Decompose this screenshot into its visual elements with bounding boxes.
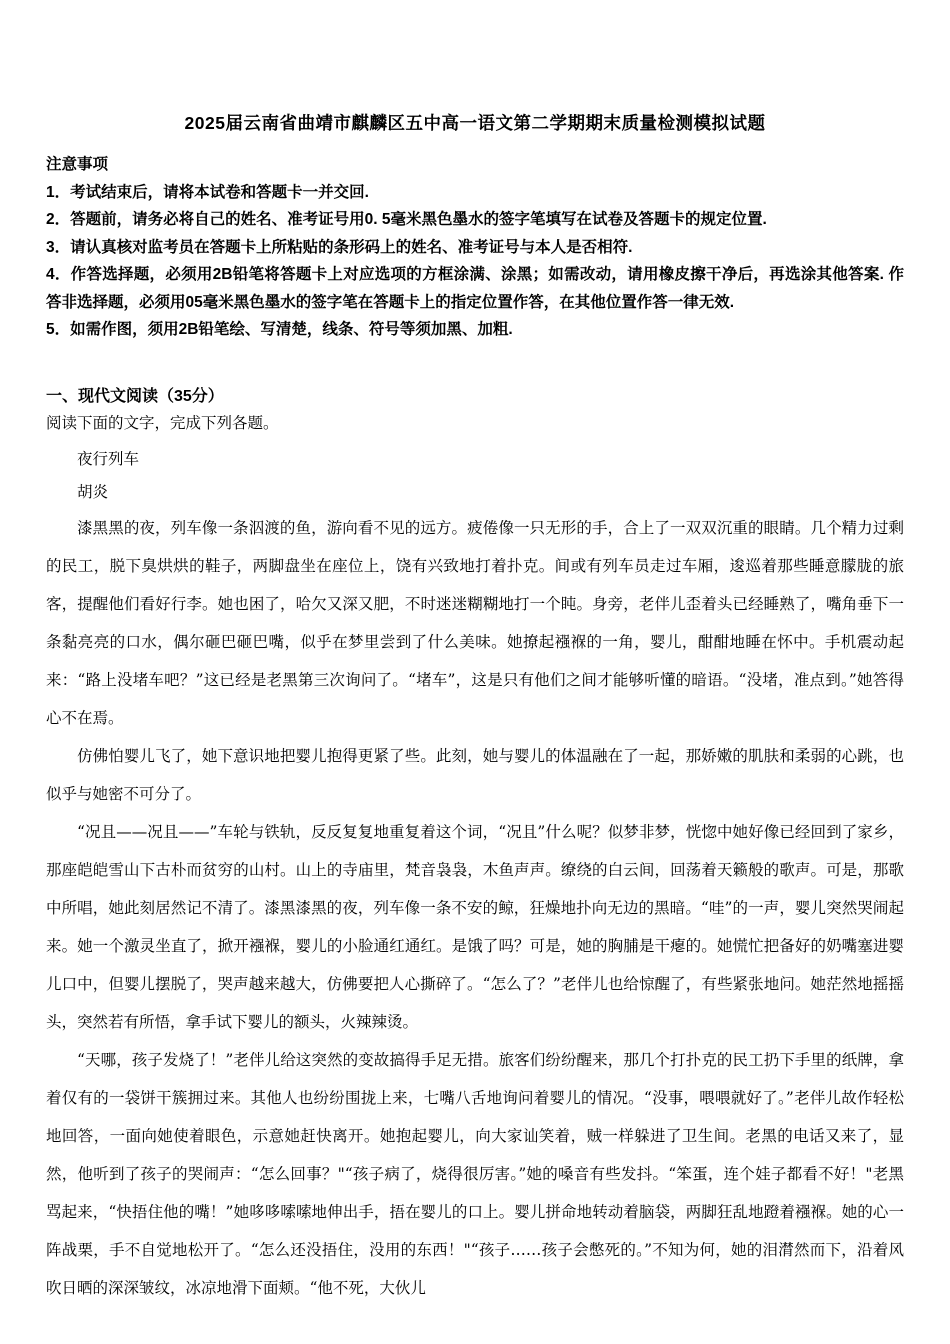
page-title: 2025届云南省曲靖市麒麟区五中高一语文第二学期期末质量检测模拟试题 — [46, 110, 904, 135]
notice-item: 5．如需作图，须用2B铅笔绘、写清楚，线条、符号等须加黑、加粗. — [46, 316, 904, 344]
reading-passage: 夜行列车 胡炎 漆黑黑的夜，列车像一条泅渡的鱼，游向看不见的远方。疲倦像一只无形… — [46, 443, 904, 1307]
story-title: 夜行列车 — [46, 443, 904, 476]
notice-heading: 注意事项 — [46, 151, 904, 179]
notice-section: 注意事项 1．考试结束后，请将本试卷和答题卡一并交回. 2．答题前，请务必将自己… — [46, 151, 904, 344]
story-paragraph: “天哪，孩子发烧了！”老伴儿给这突然的变故搞得手足无措。旅客们纷纷醒来，那几个打… — [46, 1041, 904, 1307]
reading-instruction: 阅读下面的文字，完成下列各题。 — [46, 410, 904, 437]
exam-paper-page: 2025届云南省曲靖市麒麟区五中高一语文第二学期期末质量检测模拟试题 注意事项 … — [0, 0, 950, 1344]
notice-item: 1．考试结束后，请将本试卷和答题卡一并交回. — [46, 179, 904, 207]
story-paragraph: 仿佛怕婴儿飞了，她下意识地把婴儿抱得更紧了些。此刻，她与婴儿的体温融在了一起，那… — [46, 737, 904, 813]
notice-item: 2．答题前，请务必将自己的姓名、准考证号用0. 5毫米黑色墨水的签字笔填写在试卷… — [46, 206, 904, 234]
notice-item: 4．作答选择题，必须用2B铅笔将答题卡上对应选项的方框涂满、涂黑；如需改动，请用… — [46, 261, 904, 316]
section-heading-modern-reading: 一、现代文阅读（35分） — [46, 384, 904, 410]
notice-item: 3．请认真核对监考员在答题卡上所粘贴的条形码上的姓名、准考证号与本人是否相符. — [46, 234, 904, 262]
story-author: 胡炎 — [46, 476, 904, 509]
story-paragraph: 漆黑黑的夜，列车像一条泅渡的鱼，游向看不见的远方。疲倦像一只无形的手，合上了一双… — [46, 509, 904, 737]
story-paragraph: “况且——况且——”车轮与铁轨，反反复复地重复着这个词，“况且”什么呢？似梦非梦… — [46, 813, 904, 1041]
